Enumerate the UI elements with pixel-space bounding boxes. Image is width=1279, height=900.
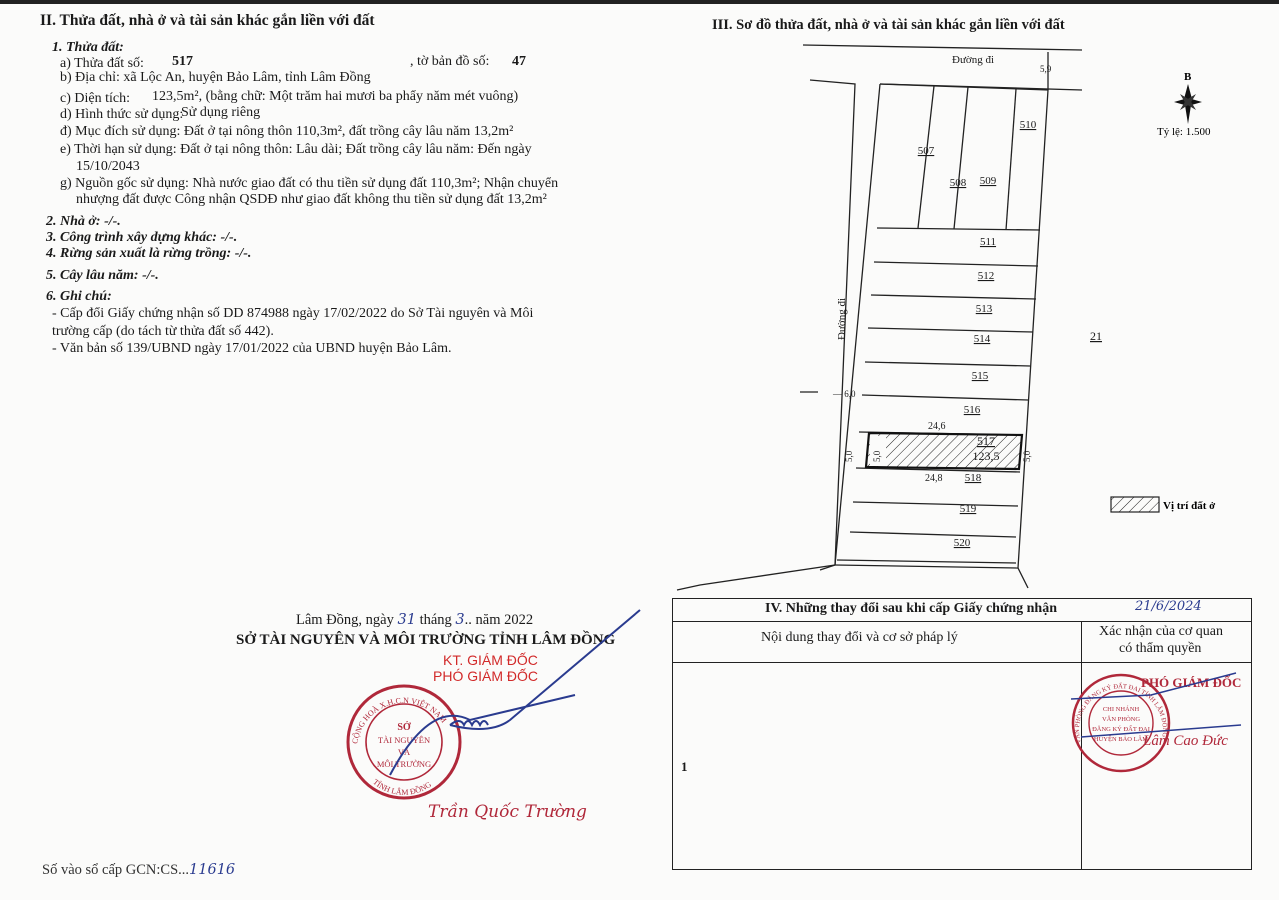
- legend-swatch: [1111, 497, 1159, 512]
- area-value: 123,5m², (bằng chữ: Một trăm hai mươi ba…: [152, 89, 518, 105]
- diagram-labels: Đường đi 5,9 Đường đi — 6,0 24,6 24,8 5,…: [832, 54, 1102, 549]
- address-line: b) Địa chỉ: xã Lộc An, huyện Bảo Lâm, tỉ…: [60, 70, 371, 86]
- col-authority-line2: có thẩm quyền: [1119, 641, 1201, 657]
- svg-text:517: 517: [977, 434, 995, 448]
- svg-text:B: B: [1184, 71, 1192, 83]
- note-2: - Văn bản số 139/UBND ngày 17/01/2022 củ…: [52, 341, 451, 357]
- parcel-label-510: 510: [1020, 119, 1037, 131]
- svg-text:21: 21: [1090, 329, 1102, 343]
- changes-table-header-row: Nội dung thay đổi và cơ sở pháp lý Xác n…: [673, 621, 1251, 663]
- parcel-label-513: 513: [976, 303, 993, 315]
- forest-item: 4. Rừng sản xuất là rừng trồng: -/-.: [46, 246, 251, 262]
- svg-text:24,6: 24,6: [928, 421, 946, 432]
- svg-text:5,0: 5,0: [844, 450, 854, 462]
- registry-value: 11616: [189, 862, 235, 878]
- usage-form-value: Sử dụng riêng: [181, 105, 260, 121]
- col-change-content: Nội dung thay đổi và cơ sở pháp lý: [761, 630, 958, 646]
- row-number: 1: [681, 759, 688, 775]
- parcel-label-515: 515: [972, 370, 989, 382]
- origin-line2: nhượng đất được Công nhận QSDĐ như giao …: [76, 192, 547, 208]
- parcel-label-507: 507: [918, 145, 935, 157]
- registry-number: Số vào sổ cấp GCN:CS...11616: [42, 862, 235, 879]
- svg-text:24,8: 24,8: [925, 473, 943, 484]
- usage-term: e) Thời hạn sử dụng: Đất ở tại nông thôn…: [60, 142, 532, 158]
- svg-text:Lâm Cao Đức: Lâm Cao Đức: [1142, 733, 1228, 749]
- parcel-label-514: 514: [974, 333, 991, 345]
- handwritten-date: 21/6/2024: [1135, 599, 1202, 614]
- parcel-number-value: 517: [172, 54, 193, 70]
- map-sheet-label: , tờ bản đồ số:: [410, 54, 489, 70]
- svg-text:SỞ: SỞ: [397, 721, 411, 733]
- changes-table: IV. Những thay đổi sau khi cấp Giấy chứn…: [672, 598, 1252, 870]
- usage-term-date: 15/10/2043: [76, 159, 140, 175]
- plot-diagram: Đường đi 5,9 Đường đi — 6,0 24,6 24,8 5,…: [670, 40, 1279, 600]
- svg-text:5,9: 5,9: [1040, 64, 1052, 74]
- house-item: 2. Nhà ở: -/-.: [46, 214, 121, 230]
- svg-text:MÔI TRƯỜNG: MÔI TRƯỜNG: [377, 759, 431, 769]
- legend-label: Vị trí đất ở: [1163, 500, 1216, 512]
- parcel-label-518: 518: [965, 472, 982, 484]
- section2-title: II. Thửa đất, nhà ở và tài sản khác gắn …: [40, 12, 375, 30]
- signer-name: Trần Quốc Trường: [428, 802, 587, 822]
- changes-table-title-row: IV. Những thay đổi sau khi cấp Giấy chứn…: [673, 599, 1251, 622]
- parcel-label-519: 519: [960, 503, 977, 515]
- notes-heading: 6. Ghi chú:: [46, 289, 112, 305]
- scale-label: Tỷ lệ: 1.500: [1157, 126, 1211, 138]
- construction-item: 3. Công trình xây dựng khác: -/-.: [46, 230, 237, 246]
- parcel-label-509: 509: [980, 175, 997, 187]
- road-left-label: Đường đi: [836, 298, 848, 340]
- authority-stamp: VĂN PHÒNG ĐĂNG KÝ ĐẤT ĐAI TỈNH LÂM ĐỒNG …: [1071, 665, 1251, 785]
- area-label: c) Diện tích:: [60, 91, 130, 107]
- svg-text:123,5: 123,5: [973, 449, 1000, 463]
- perennial-item: 5. Cây lâu năm: -/-.: [46, 268, 159, 284]
- usage-purpose: đ) Mục đích sử dụng: Đất ở tại nông thôn…: [60, 124, 513, 140]
- land-heading: 1. Thửa đất:: [52, 40, 124, 56]
- svg-text:PHÓ GIÁM ĐỐC: PHÓ GIÁM ĐỐC: [1141, 675, 1241, 690]
- parcel-label-516: 516: [964, 404, 981, 416]
- parcel-label-520: 520: [954, 537, 971, 549]
- parcel-label-508: 508: [950, 177, 967, 189]
- note-1a: - Cấp đổi Giấy chứng nhận số DD 874988 n…: [52, 306, 533, 322]
- svg-text:5,0: 5,0: [872, 450, 882, 462]
- north-compass-icon: B: [1174, 71, 1202, 124]
- svg-text:5,0: 5,0: [1022, 450, 1032, 462]
- parcel-label-511: 511: [980, 236, 996, 248]
- origin-line1: g) Nguồn gốc sử dụng: Nhà nước giao đất …: [60, 176, 558, 192]
- svg-text:VĂN PHÒNG: VĂN PHÒNG: [1102, 715, 1140, 723]
- parcel-label-512: 512: [978, 270, 995, 282]
- svg-text:HUYỆN BẢO LÂM: HUYỆN BẢO LÂM: [1094, 735, 1148, 743]
- col-authority-line1: Xác nhận của cơ quan: [1099, 624, 1223, 640]
- note-1b: trường cấp (do tách từ thửa đất số 442).: [52, 324, 274, 340]
- section3-title: III. Sơ đồ thửa đất, nhà ở và tài sản kh…: [712, 17, 1065, 34]
- usage-form-label: d) Hình thức sử dụng:: [60, 107, 183, 123]
- svg-text:CHI NHÁNH: CHI NHÁNH: [1103, 705, 1140, 713]
- section4-title: IV. Những thay đổi sau khi cấp Giấy chứn…: [765, 601, 1057, 617]
- official-seal: SỞ TÀI NGUYÊN VÀ MÔI TRƯỜNG CỘNG HOÀ X.H…: [348, 686, 460, 798]
- svg-text:— 6,0: — 6,0: [832, 389, 856, 399]
- map-sheet-value: 47: [512, 54, 526, 70]
- svg-text:TÀI NGUYÊN: TÀI NGUYÊN: [378, 735, 430, 745]
- top-border: [0, 0, 1279, 4]
- registry-label: Số vào sổ cấp GCN:CS...: [42, 862, 189, 878]
- road-top-label: Đường đi: [952, 54, 994, 66]
